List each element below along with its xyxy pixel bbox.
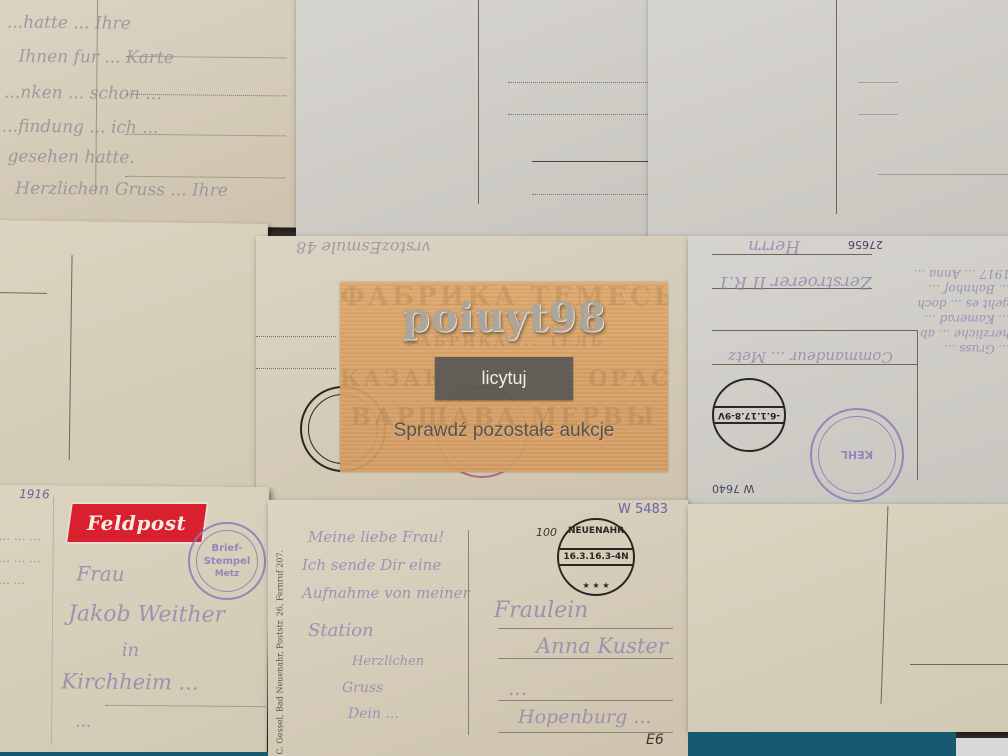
handwriting-line: ... (75, 712, 91, 732)
postcard-top-middle (296, 0, 652, 238)
handwriting-line: ... (508, 676, 527, 700)
handwriting-line: Commandeur ... Metz (728, 348, 893, 366)
bid-button[interactable]: licytuj (435, 357, 573, 400)
year-note: 1916 (19, 487, 50, 501)
handwriting-line: Anna Kuster (536, 634, 668, 658)
handwriting-line: Zerstroerer II R.1 (718, 272, 872, 292)
annotation-27656: 27656 (848, 238, 883, 251)
handwriting-line: Fraulein (494, 598, 588, 623)
handwriting-line: Station (308, 620, 374, 641)
seller-name[interactable]: poiuyt98 (340, 294, 668, 341)
annotation-w7640: W 7640 (712, 482, 754, 495)
white-surface-edge (956, 738, 1008, 756)
handwriting-line: Herrn (748, 236, 800, 256)
handwriting-line: Ihnen fur ... Karte (18, 47, 173, 69)
handwriting-line: Meine liebe Frau! (308, 528, 444, 546)
handwriting-line: Gruss (342, 680, 383, 696)
teal-background-cloth (688, 732, 956, 756)
postcard-middle-left (0, 220, 268, 514)
stamp-town: NEUENAHR (568, 526, 624, 536)
handwriting-line: ... ... ... ... ... ... ... ... (0, 525, 51, 591)
postcard-top-left: ...hatte ... Ihre Ihnen fur ... Karte ..… (0, 0, 303, 228)
postmark-neuenahr: NEUENAHR 16.3.16.3-4N ★ ★ ★ (557, 518, 635, 596)
annotation-100: 100 (536, 526, 557, 539)
handwriting-line: Ich sende Dir eine (302, 556, 441, 574)
postmark-date: -6.1.17.8-9V (714, 406, 784, 424)
postmark-kehl: -6.1.17.8-9V (712, 378, 786, 452)
feldpost-text: Feldpost (87, 511, 186, 535)
field-hospital-stamp: Brief- Stempel Metz (188, 522, 266, 600)
handwriting-line: Hopenburg ... (518, 706, 651, 728)
annotation-w5483: W 5483 (618, 502, 668, 517)
other-auctions-link[interactable]: Sprawdź pozostałe aukcje (340, 420, 668, 442)
auction-overlay-panel: ФАБРИКА ТЕМЕСЫ ФАБРИКА ... ТЕЛЬ КАЗАКЕВИ… (340, 282, 668, 472)
handwriting-line: Frau (76, 562, 124, 586)
annotation-e6: E6 (646, 732, 664, 748)
handwriting-line: Jakob Weither (68, 601, 225, 627)
handwriting-line: ...hatte ... Ihre (7, 13, 131, 34)
postcard-middle-right: Herrn Zerstroerer II R.1 Commandeur ... … (688, 236, 1008, 504)
printer-imprint: C. Gessel, Bad Neuenahr, Poststr. 26, Fe… (276, 500, 285, 755)
handwriting-line: ...findung ... ich ... (2, 116, 159, 138)
handwriting-line: Kirchheim ... (61, 669, 198, 694)
teal-background-cloth (0, 752, 268, 756)
postcard-top-right (648, 0, 1008, 240)
handwriting-line: Aufnahme von meiner (302, 584, 470, 602)
handwriting-line: gesehen hatte. (7, 147, 135, 168)
handwriting-line: in (122, 640, 140, 661)
postmark-date: 16.3.16.3-4N (559, 548, 633, 566)
handwriting-line: Herzlichen (352, 654, 424, 669)
field-post-stamp-kehl: KEHL (810, 408, 904, 502)
handwriting-line: ... Gruss ... herzliche ... ab ... Kamer… (910, 266, 1008, 356)
postcard-bottom-right (688, 504, 1008, 732)
handwriting-line: vrstozEsmule 48 (296, 238, 431, 257)
handwriting-line: ...nken ... schon ... (4, 82, 162, 104)
handwriting-line: Herzlichen Gruss ... Ihre (15, 179, 228, 201)
stamp-stars: ★ ★ ★ (582, 581, 609, 590)
postcard-collection-photo: ...hatte ... Ihre Ihnen fur ... Karte ..… (0, 0, 1008, 756)
feldpost-label: Feldpost (67, 504, 206, 542)
handwriting-line: Dein ... (348, 706, 399, 722)
